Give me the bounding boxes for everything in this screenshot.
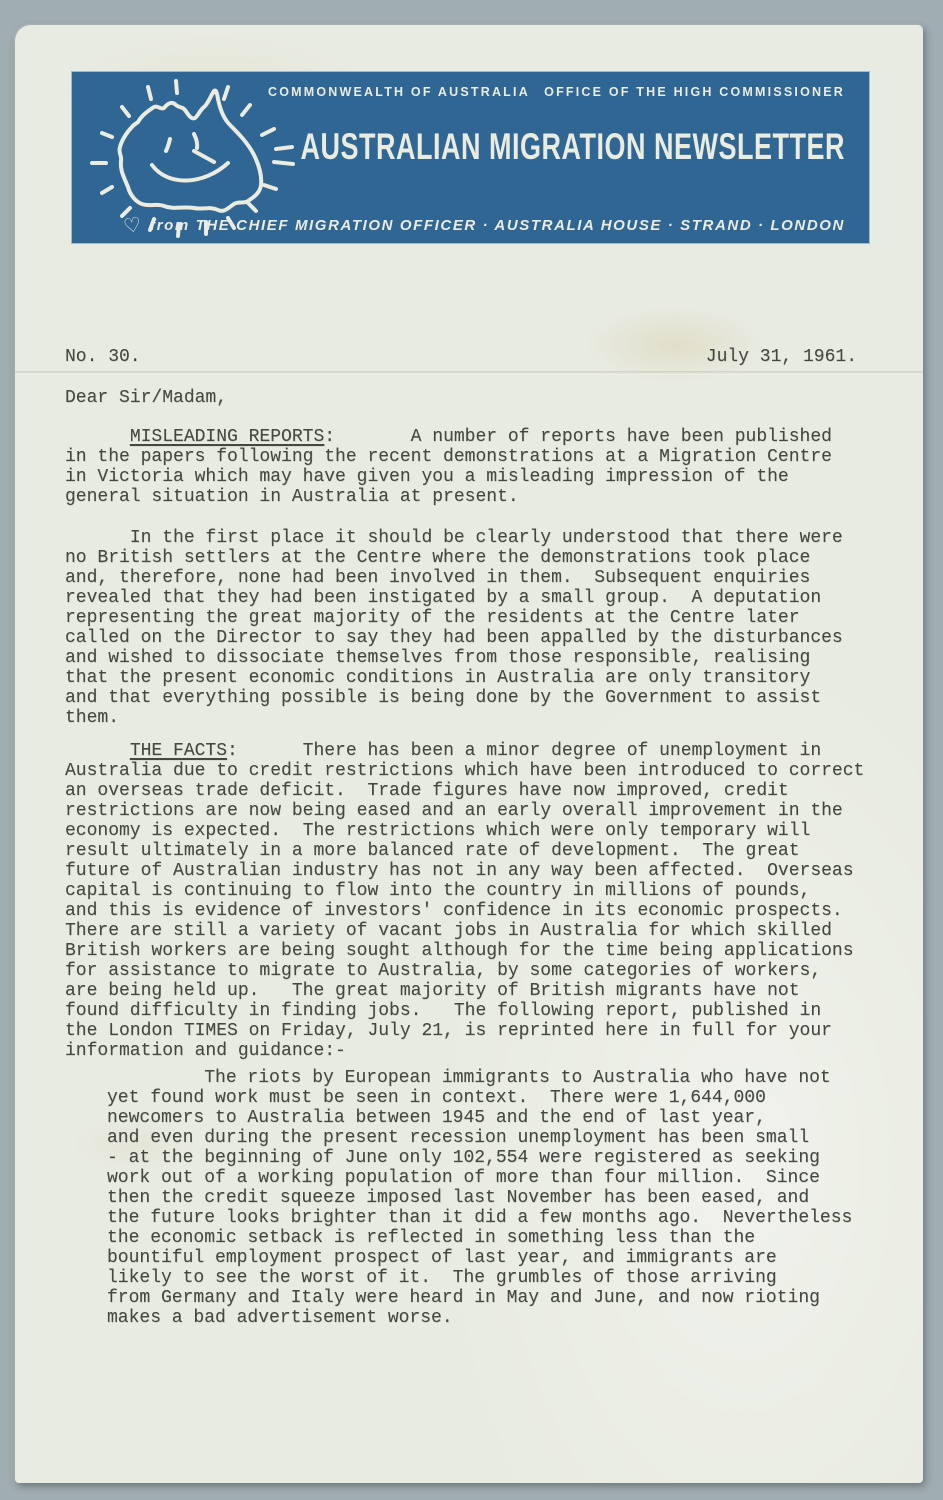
paragraph-heading-misleading-reports: MISLEADING REPORTS (130, 427, 324, 447)
paragraph-indent (65, 741, 130, 761)
salutation: Dear Sir/Madam, (65, 388, 885, 408)
paragraph-the-facts: THE FACTS: There has been a minor degree… (65, 741, 885, 1061)
quoted-times-report: The riots by European immigrants to Aust… (107, 1068, 855, 1328)
paragraph-heading-the-facts: THE FACTS (130, 741, 227, 761)
high-commissioner-label: OFFICE OF THE HIGH COMMISSIONER (544, 85, 845, 99)
commonwealth-label: COMMONWEALTH OF AUSTRALIA (268, 85, 530, 99)
newsletter-title: AUSTRALIAN MIGRATION NEWSLETTER (301, 126, 845, 169)
newsletter-masthead: COMMONWEALTH OF AUSTRALIA OFFICE OF THE … (72, 72, 869, 243)
tagline-text: from THE CHIEF MIGRATION OFFICER · AUSTR… (150, 217, 845, 234)
letter-document: COMMONWEALTH OF AUSTRALIA OFFICE OF THE … (15, 25, 923, 1483)
letter-body: No. 30. July 31, 1961. Dear Sir/Madam, M… (65, 347, 885, 1328)
quote-text: The riots by European immigrants to Aust… (107, 1068, 852, 1328)
masthead-tagline: ♡from THE CHIEF MIGRATION OFFICER · AUST… (123, 217, 845, 234)
paragraph-text: : There has been a minor degree of unemp… (65, 741, 864, 1061)
letter-meta-row: No. 30. July 31, 1961. (65, 347, 885, 367)
australia-map-smiley-icon (78, 77, 308, 239)
letter-date: July 31, 1961. (706, 347, 857, 367)
issue-number: No. 30. (65, 347, 141, 367)
paragraph-misleading-reports: MISLEADING REPORTS: A number of reports … (65, 427, 885, 507)
paragraph-indent (65, 427, 130, 447)
scanned-letter-photo: { "colors": { "banner_blue": "#2f6694", … (0, 0, 943, 1500)
heart-icon: ♡ (122, 218, 143, 231)
paragraph-text: In the first place it should be clearly … (65, 528, 843, 728)
masthead-department-line: COMMONWEALTH OF AUSTRALIA OFFICE OF THE … (268, 85, 845, 99)
paragraph-first-place: In the first place it should be clearly … (65, 528, 885, 728)
